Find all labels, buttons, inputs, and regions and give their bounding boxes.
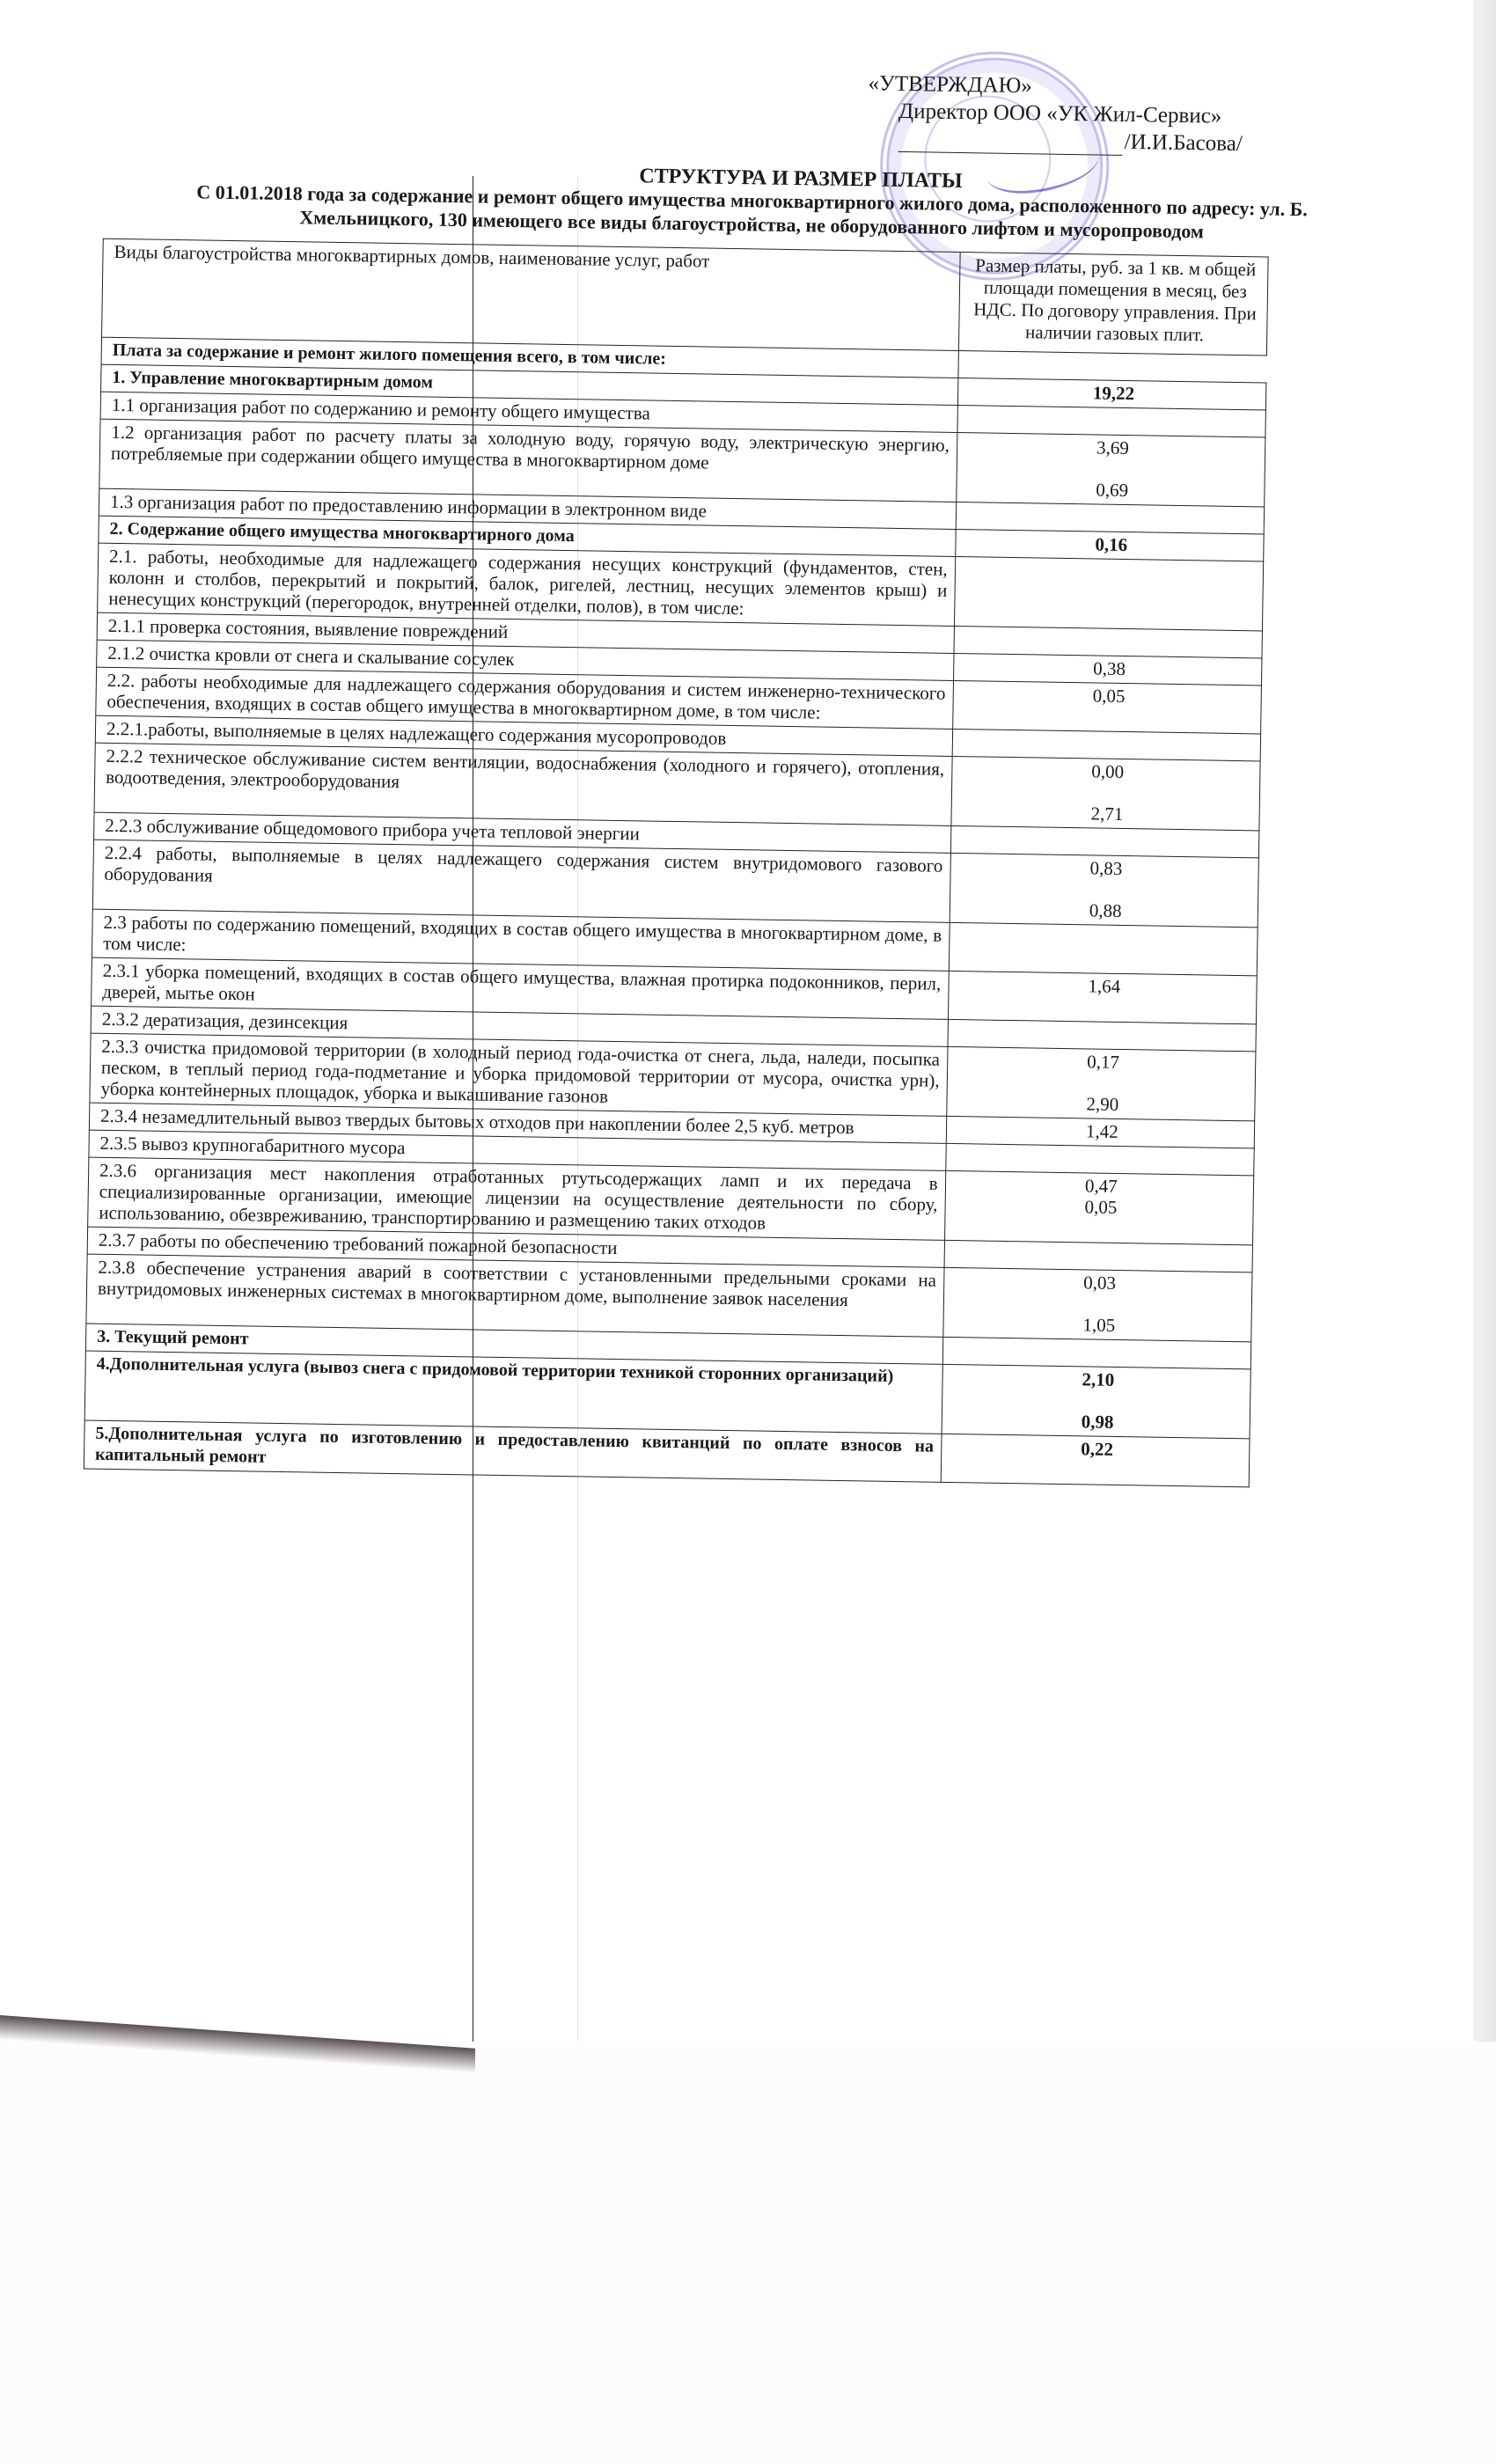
row-value: 0,22 — [941, 1434, 1250, 1486]
row-description: 1.2 организация работ по расчету платы з… — [99, 419, 957, 502]
row-value: 0,83 0,88 — [950, 853, 1259, 927]
row-value: 0,03 1,05 — [942, 1267, 1252, 1341]
row-value — [954, 556, 1264, 630]
row-description: 2.3.8 обеспечение устранения аварий в со… — [86, 1254, 944, 1337]
row-description: 2.1. работы, необходимые для надлежащего… — [98, 543, 956, 626]
row-description: 4.Дополнительная услуга (вывоз снега с п… — [84, 1351, 942, 1434]
table-body: Плата за содержание и ремонт жилого поме… — [84, 337, 1266, 1487]
row-value: 2,10 0,98 — [942, 1364, 1251, 1438]
director-title: Директор ООО «УК Жил-Сервис» — [898, 98, 1243, 130]
document-content: «УТВЕРЖДАЮ» Директор ООО «УК Жил-Сервис»… — [0, 0, 1496, 2052]
row-description: 2.2.2 техническое обслуживание систем ве… — [94, 743, 952, 825]
header-description: Виды благоустройства многоквартирных дом… — [102, 238, 960, 350]
fee-structure-table: Виды благоустройства многоквартирных дом… — [84, 238, 1269, 1488]
row-description: 2.3.6 организация мест накопления отрабо… — [88, 1157, 946, 1240]
header-value: Размер платы, руб. за 1 кв. м общей площ… — [958, 253, 1268, 356]
row-value: 0,00 2,71 — [951, 756, 1261, 830]
row-value: 0,17 2,90 — [946, 1046, 1256, 1120]
row-value — [949, 922, 1258, 975]
row-description: 2.2.4 работы, выполняемые в целях надлеж… — [92, 840, 950, 922]
row-value: 0,47 0,05 — [944, 1170, 1254, 1244]
row-value: 3,69 0,69 — [956, 432, 1265, 506]
signatory-name: /И.И.Басова/ — [1124, 128, 1243, 158]
row-value: 0,05 — [952, 680, 1261, 733]
table-header-row: Виды благоустройства многоквартирных дом… — [102, 238, 1269, 356]
row-value: 1,64 — [948, 971, 1257, 1023]
row-description: 2.3.3 очистка придомовой территории (в х… — [90, 1033, 948, 1116]
